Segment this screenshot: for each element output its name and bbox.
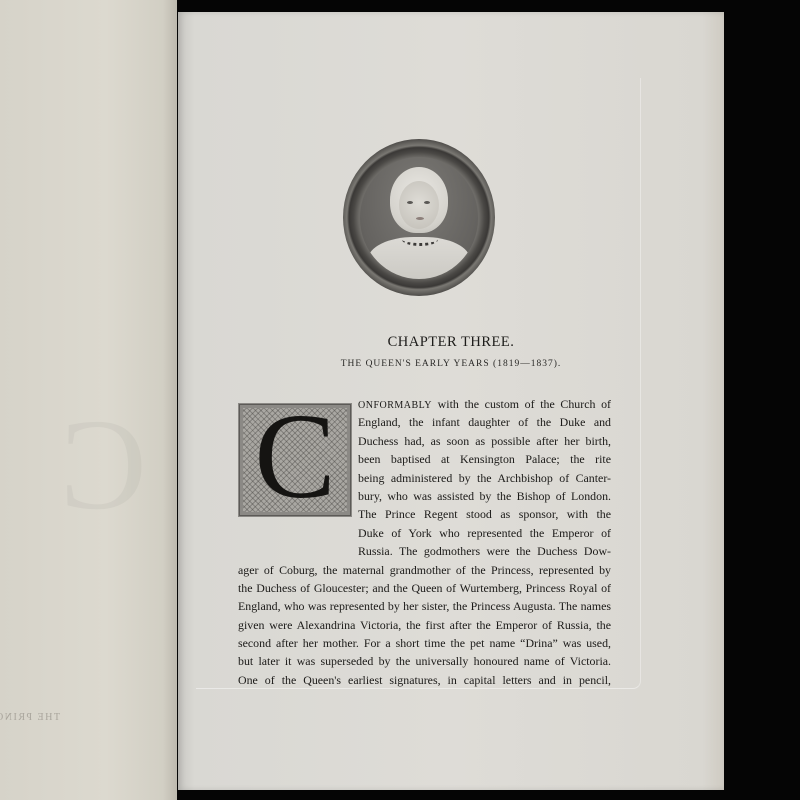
portrait-face xyxy=(399,181,439,229)
chapter-title: CHAPTER THREE. xyxy=(178,334,724,351)
text-line: but later it was superseded by the unive… xyxy=(238,652,611,670)
portrait-eye xyxy=(424,201,430,204)
bleed-through-glyph: C xyxy=(60,390,147,540)
drop-cap-letter: C xyxy=(254,396,335,518)
portrait-medallion xyxy=(343,139,495,296)
text-line: the Duchess of Gloucester; and the Queen… xyxy=(238,579,611,597)
portrait-necklace xyxy=(402,233,438,246)
chapter-subtitle: THE QUEEN'S EARLY YEARS (1819—1837). xyxy=(178,359,724,369)
portrait-eye xyxy=(407,201,413,204)
left-page: C THE PRINCE xyxy=(0,0,177,800)
bleed-through-running-head: THE PRINCE xyxy=(0,712,60,723)
portrait-mouth xyxy=(416,217,424,220)
ornamental-drop-cap: C xyxy=(238,403,352,517)
text-line: Russia. The godmothers were the Duchess … xyxy=(238,542,611,560)
portrait-image xyxy=(360,157,478,279)
text-line: second after her mother. For a short tim… xyxy=(238,634,611,652)
dropcap-word-rest: ONFORMABLY xyxy=(358,400,432,411)
text-line: One of the Queen's earliest signatures, … xyxy=(238,671,611,689)
text-line: England, who was represented by her sist… xyxy=(238,597,611,615)
text-line: given were Alexandrina Victoria, the fir… xyxy=(238,616,611,634)
text-line: Duke of York who represented the Emperor… xyxy=(238,524,611,542)
right-page: CHAPTER THREE. THE QUEEN'S EARLY YEARS (… xyxy=(178,12,724,790)
text-line: ager of Coburg, the maternal grandmother… xyxy=(238,561,611,579)
